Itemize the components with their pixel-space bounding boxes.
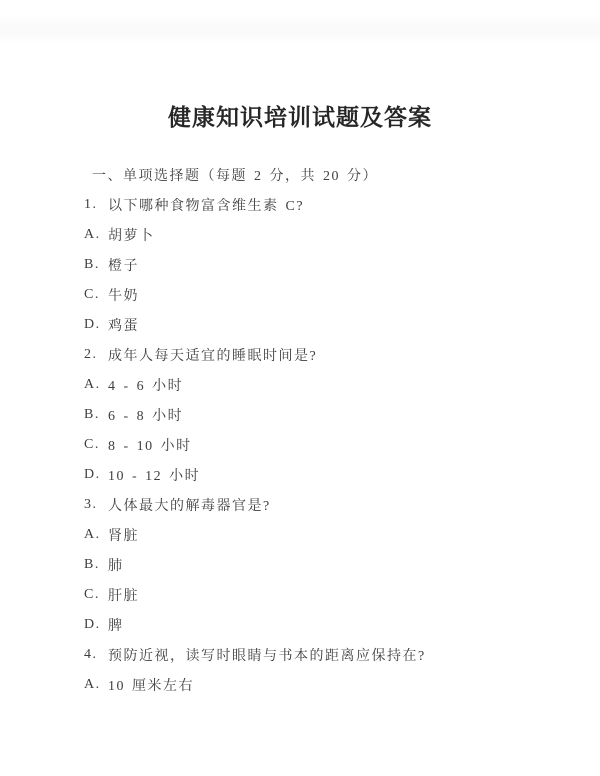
question-text: 以下哪种食物富含维生素 C?: [108, 195, 304, 215]
option-text: 10 厘米左右: [108, 675, 194, 695]
option-text: 8 - 10 小时: [108, 435, 192, 455]
question-4-option-a: A.10 厘米左右: [84, 670, 564, 700]
option-label: A.: [84, 377, 108, 393]
question-text: 人体最大的解毒器官是?: [108, 495, 271, 515]
option-text: 10 - 12 小时: [108, 465, 200, 485]
question-1-option-b: B.橙子: [84, 250, 564, 280]
section-heading: 一、单项选择题（每题 2 分，共 20 分）: [92, 160, 564, 190]
question-2-option-d: D.10 - 12 小时: [84, 460, 564, 490]
question-3-option-c: C.肝脏: [84, 580, 564, 610]
option-label: A.: [84, 527, 108, 543]
option-text: 橙子: [108, 255, 139, 275]
option-label: B.: [84, 257, 108, 273]
option-text: 脾: [108, 615, 124, 635]
option-text: 肝脏: [108, 585, 139, 605]
question-2: 2.成年人每天适宜的睡眠时间是?: [84, 340, 564, 370]
option-label: D.: [84, 317, 108, 333]
option-text: 鸡蛋: [108, 315, 139, 335]
question-text: 成年人每天适宜的睡眠时间是?: [108, 345, 317, 365]
option-text: 肺: [108, 555, 124, 575]
question-1-option-c: C.牛奶: [84, 280, 564, 310]
option-label: A.: [84, 227, 108, 243]
option-label: C.: [84, 437, 108, 453]
page-top-shading: [0, 15, 600, 43]
option-label: C.: [84, 587, 108, 603]
question-4: 4.预防近视，读写时眼睛与书本的距离应保持在?: [84, 640, 564, 670]
option-text: 4 - 6 小时: [108, 375, 183, 395]
question-2-option-c: C.8 - 10 小时: [84, 430, 564, 460]
question-3: 3.人体最大的解毒器官是?: [84, 490, 564, 520]
question-1: 1.以下哪种食物富含维生素 C?: [84, 190, 564, 220]
question-3-option-b: B.肺: [84, 550, 564, 580]
option-label: B.: [84, 557, 108, 573]
question-1-option-d: D.鸡蛋: [84, 310, 564, 340]
option-text: 6 - 8 小时: [108, 405, 183, 425]
option-label: D.: [84, 467, 108, 483]
document-page: 健康知识培训试题及答案 一、单项选择题（每题 2 分，共 20 分） 1.以下哪…: [0, 0, 600, 776]
question-number: 4.: [84, 647, 108, 663]
option-label: B.: [84, 407, 108, 423]
question-2-option-a: A.4 - 6 小时: [84, 370, 564, 400]
page-title: 健康知识培训试题及答案: [0, 99, 600, 132]
question-number: 3.: [84, 497, 108, 513]
question-2-option-b: B.6 - 8 小时: [84, 400, 564, 430]
question-number: 2.: [84, 347, 108, 363]
exam-content: 一、单项选择题（每题 2 分，共 20 分） 1.以下哪种食物富含维生素 C? …: [84, 160, 564, 700]
option-text: 肾脏: [108, 525, 139, 545]
question-number: 1.: [84, 197, 108, 213]
question-1-option-a: A.胡萝卜: [84, 220, 564, 250]
option-label: A.: [84, 677, 108, 693]
option-label: D.: [84, 617, 108, 633]
option-label: C.: [84, 287, 108, 303]
question-3-option-d: D.脾: [84, 610, 564, 640]
option-text: 牛奶: [108, 285, 139, 305]
option-text: 胡萝卜: [108, 225, 155, 245]
question-3-option-a: A.肾脏: [84, 520, 564, 550]
question-text: 预防近视，读写时眼睛与书本的距离应保持在?: [108, 645, 426, 665]
